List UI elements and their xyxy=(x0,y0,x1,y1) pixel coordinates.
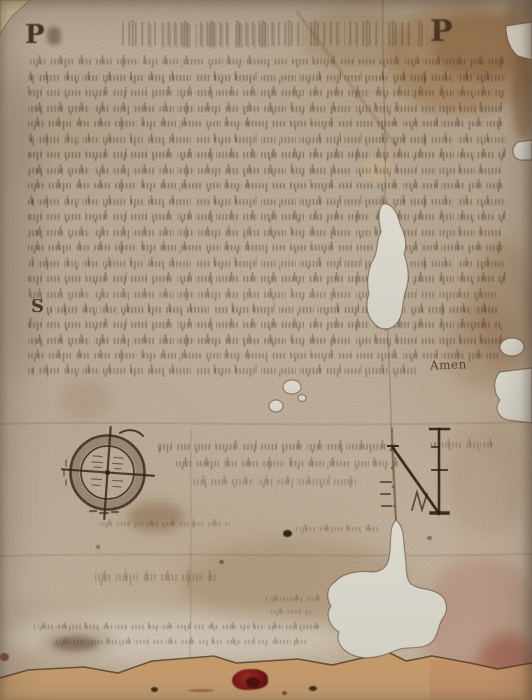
speck xyxy=(283,530,292,537)
speck xyxy=(188,689,214,692)
opening-initial-flourish xyxy=(47,27,61,45)
speck xyxy=(96,545,100,549)
speck xyxy=(151,687,158,692)
heading-letter-right: P xyxy=(430,14,453,49)
speck xyxy=(219,560,224,564)
speck xyxy=(309,686,317,691)
opening-initial-letter: P xyxy=(25,20,43,50)
manuscript-photo: P P S Amen xyxy=(0,0,532,700)
parchment-background xyxy=(0,0,532,700)
speck xyxy=(427,536,432,540)
speck xyxy=(282,691,287,695)
wax-core xyxy=(246,677,260,688)
section-initial-letter: S xyxy=(31,296,44,317)
speck xyxy=(0,653,9,661)
closing-word: Amen xyxy=(430,357,467,372)
red-wax-seal-remnant xyxy=(232,669,268,690)
ink-smudge xyxy=(52,636,98,651)
